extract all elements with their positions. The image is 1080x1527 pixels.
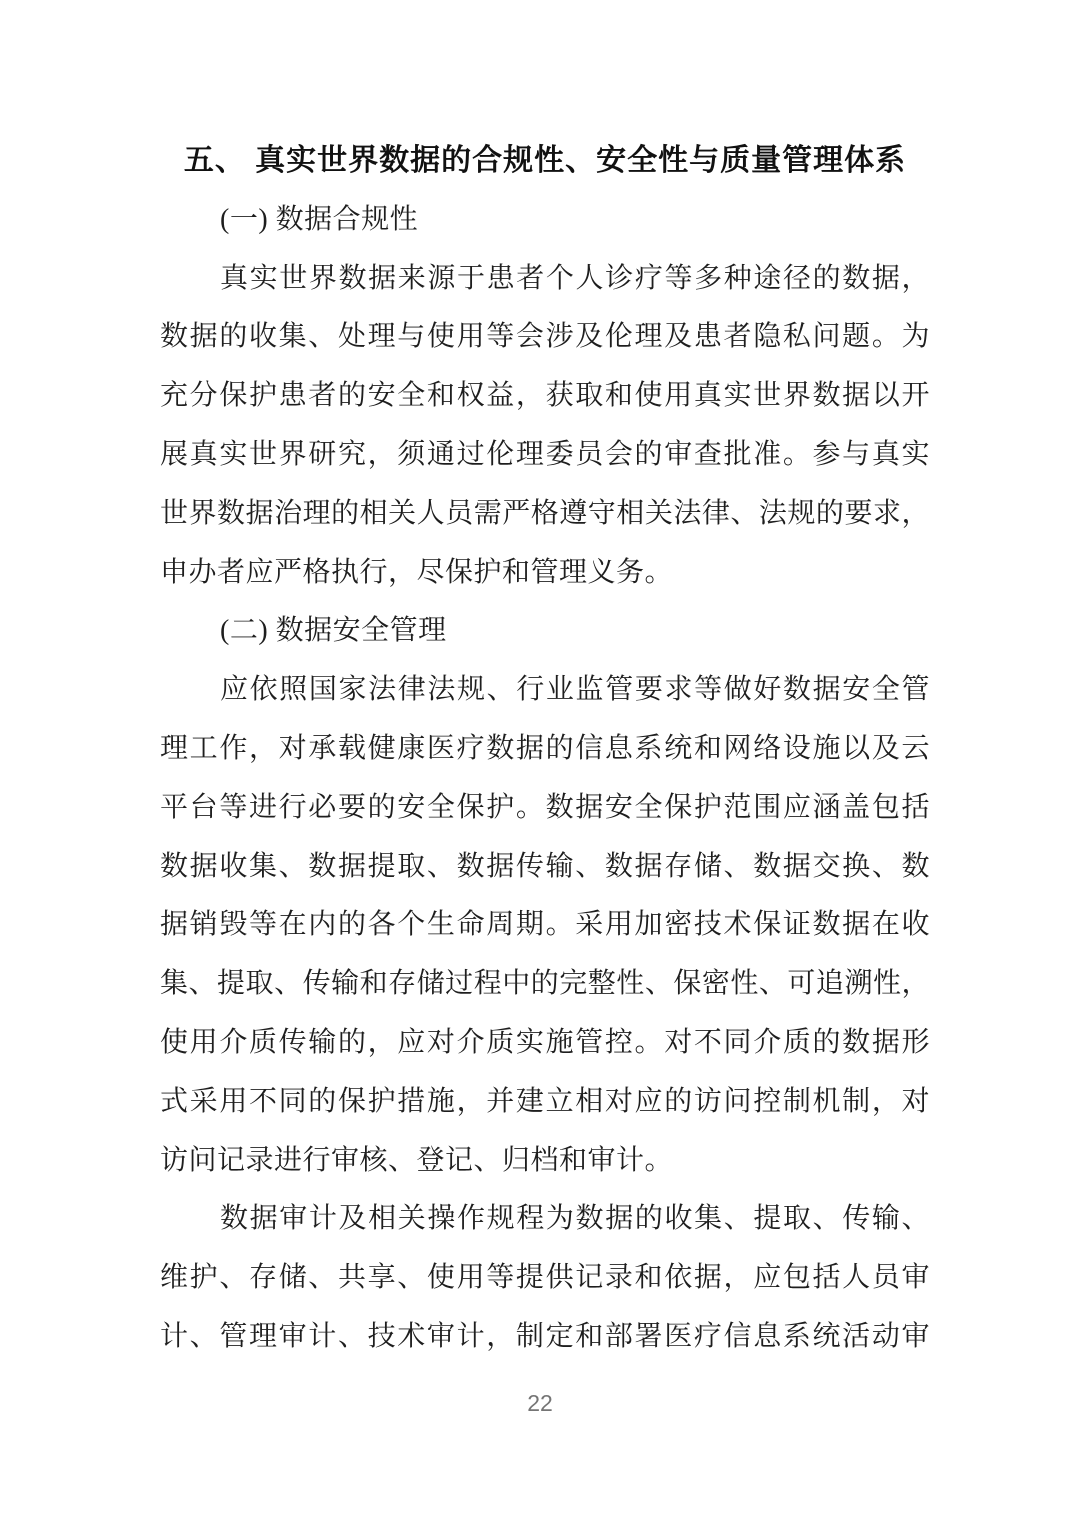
paragraph-line: 计、管理审计、技术审计，制定和部署医疗信息系统活动审 (160, 1308, 930, 1367)
paragraph-line: 访问记录进行审核、登记、归档和审计。 (160, 1132, 930, 1191)
paragraph-line: 式采用不同的保护措施，并建立相对应的访问控制机制，对 (160, 1073, 930, 1132)
paragraph-line: 据销毁等在内的各个生命周期。采用加密技术保证数据在收 (160, 896, 930, 955)
paragraph-line: 真实世界数据来源于患者个人诊疗等多种途径的数据， (160, 250, 930, 309)
paragraph-line: 充分保护患者的安全和权益，获取和使用真实世界数据以开 (160, 367, 930, 426)
section-heading: (二) 数据安全管理 (160, 602, 930, 661)
document-body: 五、 真实世界数据的合规性、安全性与质量管理体系(一) 数据合规性真实世界数据来… (160, 132, 930, 1367)
document-page: 五、 真实世界数据的合规性、安全性与质量管理体系(一) 数据合规性真实世界数据来… (0, 0, 1080, 1527)
paragraph-line: 理工作，对承载健康医疗数据的信息系统和网络设施以及云 (160, 720, 930, 779)
paragraph-line: 展真实世界研究，须通过伦理委员会的审查批准。参与真实 (160, 426, 930, 485)
paragraph-line: 申办者应严格执行，尽保护和管理义务。 (160, 544, 930, 603)
paragraph-line: 世界数据治理的相关人员需严格遵守相关法律、法规的要求， (160, 485, 930, 544)
paragraph-line: 维护、存储、共享、使用等提供记录和依据，应包括人员审 (160, 1249, 930, 1308)
paragraph-line: 数据的收集、处理与使用等会涉及伦理及患者隐私问题。为 (160, 308, 930, 367)
page-number: 22 (0, 1390, 1080, 1417)
section-heading: (一) 数据合规性 (160, 191, 930, 250)
paragraph-line: 数据审计及相关操作规程为数据的收集、提取、传输、 (160, 1190, 930, 1249)
document-title: 五、 真实世界数据的合规性、安全性与质量管理体系 (160, 132, 930, 191)
paragraph-line: 应依照国家法律法规、行业监管要求等做好数据安全管 (160, 661, 930, 720)
paragraph-line: 平台等进行必要的安全保护。数据安全保护范围应涵盖包括 (160, 779, 930, 838)
paragraph-line: 使用介质传输的，应对介质实施管控。对不同介质的数据形 (160, 1014, 930, 1073)
paragraph-line: 集、提取、传输和存储过程中的完整性、保密性、可追溯性， (160, 955, 930, 1014)
paragraph-line: 数据收集、数据提取、数据传输、数据存储、数据交换、数 (160, 838, 930, 897)
